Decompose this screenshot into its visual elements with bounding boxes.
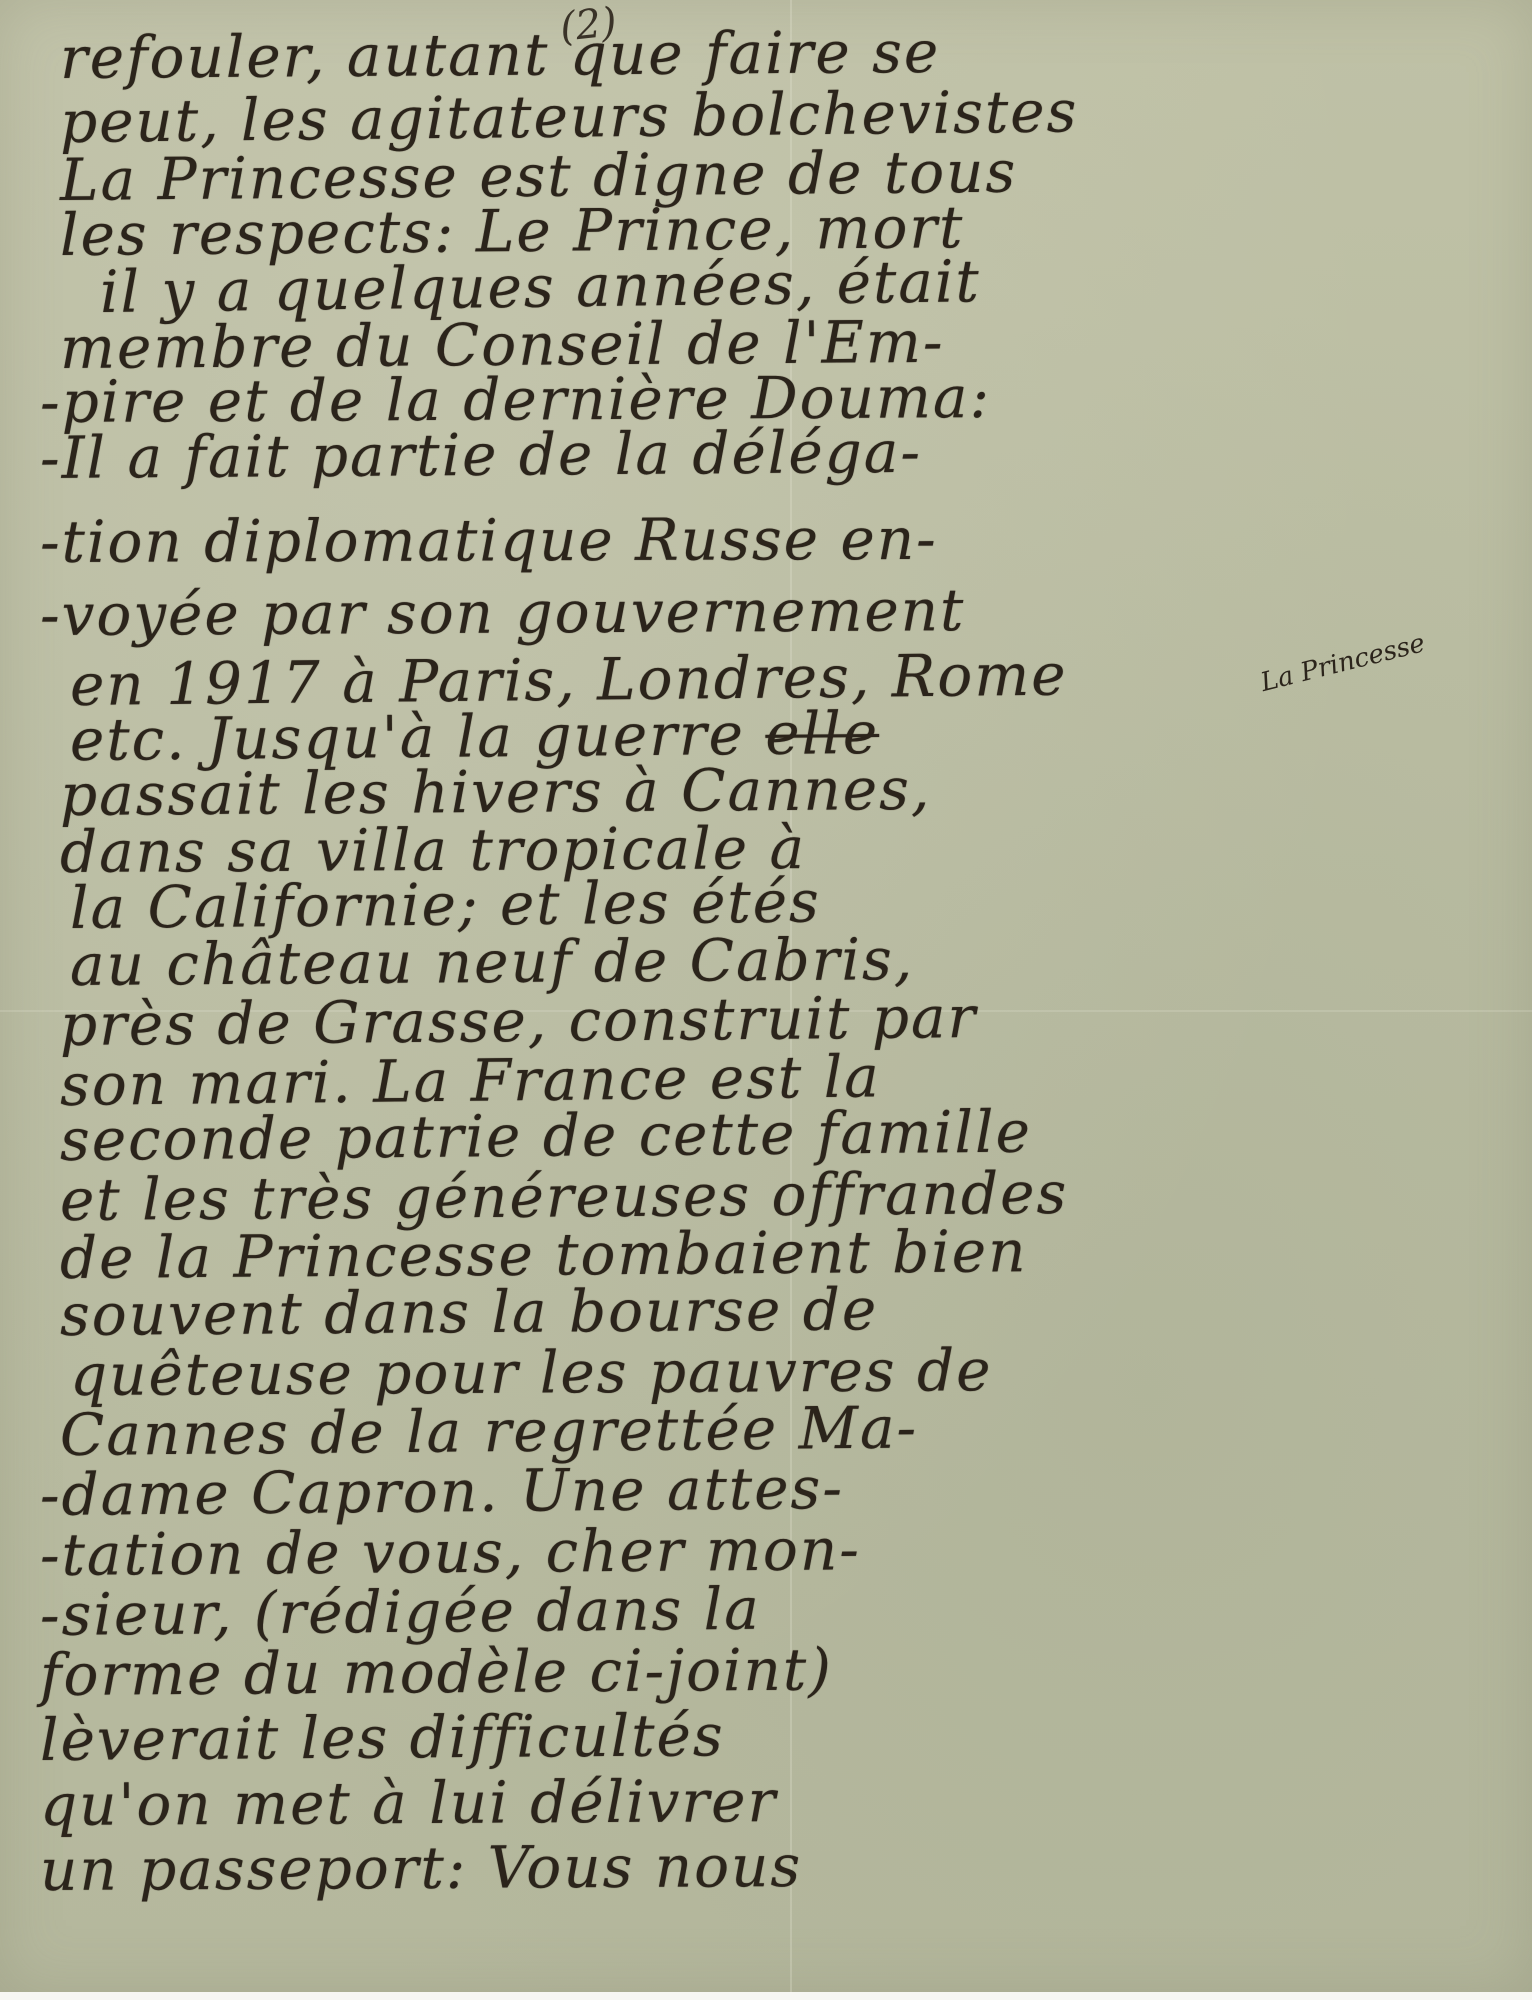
- text-line: -voyée par son gouvernement: [40, 577, 1490, 645]
- text-line: refouler, autant que faire se: [60, 18, 1510, 88]
- text-line: lèverait les difficultés: [40, 1700, 1490, 1770]
- text-line: souvent dans la bourse de: [60, 1275, 1510, 1345]
- handwritten-text-body: refouler, autant que faire se peut, les …: [0, 0, 1532, 1992]
- text-line: -Il a fait partie de la déléga-: [40, 418, 1490, 488]
- text-line: -dame Capron. Une attes-: [40, 1452, 1490, 1525]
- text-line: qu'on met à lui délivrer: [40, 1767, 1490, 1835]
- text-line: -tion diplomatique Russe en-: [40, 507, 1490, 572]
- letter-page: (2) refouler, autant que faire se peut, …: [0, 0, 1532, 1992]
- text-line: forme du modèle ci-joint): [40, 1635, 1490, 1705]
- text-line: -sieur, (rédigée dans la: [40, 1572, 1490, 1645]
- text-line: seconde patrie de cette famille: [60, 1097, 1510, 1170]
- text-line: un passeport: Vous nous: [40, 1832, 1490, 1900]
- scan-margin: [0, 1992, 1532, 2000]
